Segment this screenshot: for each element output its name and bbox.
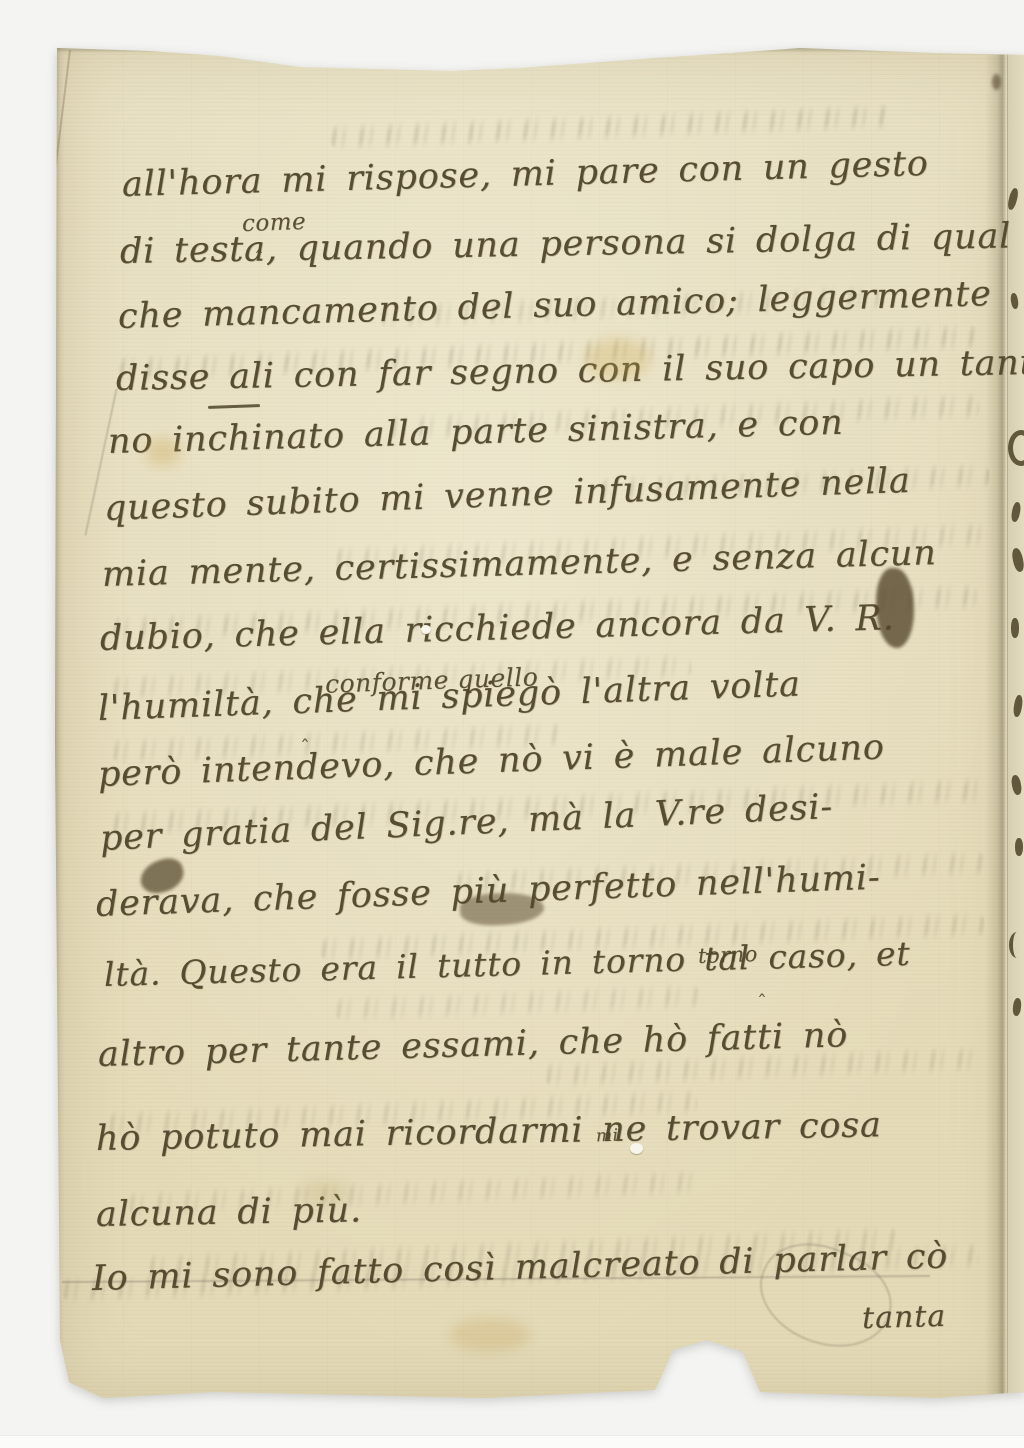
ink-blot [876, 568, 914, 648]
paper-stain [450, 1318, 530, 1352]
sliver-ink-fragment [1009, 932, 1024, 958]
caret-mark: ˆ [757, 990, 767, 1014]
paper-flaw [421, 625, 431, 634]
ink-speck [992, 74, 1001, 90]
sliver-ink-fragment [1011, 618, 1019, 638]
paper-stain [585, 338, 651, 380]
paper-stain [146, 438, 180, 466]
fold-crease-topleft [43, 50, 71, 264]
scanner-bed-strip [0, 1435, 1024, 1448]
sliver-ink-fragment [1015, 838, 1023, 856]
catchword: tanta [862, 1299, 947, 1336]
paper-flaw [630, 1143, 643, 1154]
paper-stain [300, 1180, 350, 1206]
scan-background: all'hora mi rispose, mi pare con un gest… [0, 0, 1024, 1448]
paper-top-edge-shadow [55, 42, 1024, 62]
